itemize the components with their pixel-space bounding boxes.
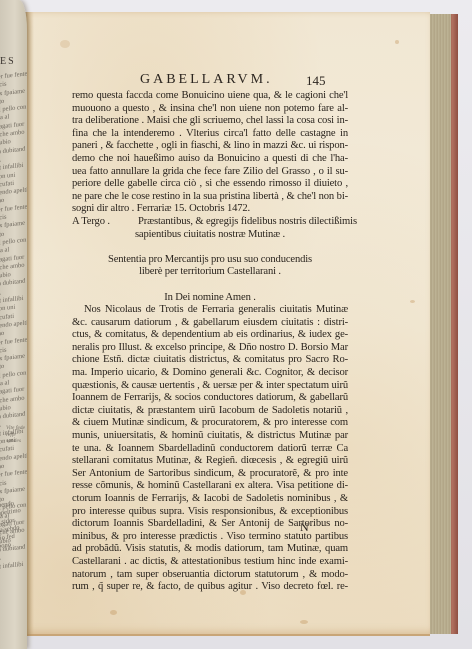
address-line: sapientibus ciuitatis nostræ Mutinæ . bbox=[72, 229, 348, 242]
text-line: Ser Antonium de Sartoribus sindicum, & p… bbox=[72, 468, 348, 481]
book-photo: ES ter fue fentencis xx fpaiamento el pe… bbox=[0, 0, 472, 649]
left-margin-note: Vite fede reffe sandes bbox=[6, 425, 25, 445]
invocation: In Dei nomine Amen . bbox=[72, 292, 348, 305]
letter-paragraph: remo questa faccda come Bonuicino uiene … bbox=[72, 90, 348, 216]
text-line: & ciuem Mutinæ sindicum, & procuratorem,… bbox=[72, 417, 348, 430]
text-line: tra deliberatione . Maisi che gli scriue… bbox=[72, 115, 348, 128]
text-line: paneri , & facchette , ogli in fiaschi, … bbox=[72, 140, 348, 153]
text-line: uea fatto annullare la grida che fece fa… bbox=[72, 166, 348, 179]
section-title-line: Sententia pro Mercantijs pro usu suo con… bbox=[72, 254, 348, 267]
address-line: A Tergo .Præstantibus, & egregijs fideli… bbox=[72, 216, 348, 229]
sententia-paragraph: Nos Nicolaus de Trotis de Ferraria gener… bbox=[72, 304, 348, 594]
foxing-spot bbox=[410, 300, 415, 303]
section-title: Sententia pro Mercantijs pro usu suo con… bbox=[72, 254, 348, 279]
text-line: munis, uniuersitatis, & hominũ ciuitatis… bbox=[72, 430, 348, 443]
text-line: &c. causarum datiorum , & gabellarum eiu… bbox=[72, 317, 348, 330]
text-line: dictæ ciuitatis, & præstantem uirũ Iacob… bbox=[72, 405, 348, 418]
page-text-block: remo questa faccda come Bonuicino uiene … bbox=[72, 90, 348, 594]
page-number: 145 bbox=[306, 73, 326, 89]
text-line: Castellarani . ac dictis, & attestationi… bbox=[72, 556, 348, 569]
text-line: quæstionis, & causæ uertentis , & uersæ … bbox=[72, 380, 348, 393]
text-line: Ioannem de Ferrarijs, & socios conductor… bbox=[72, 392, 348, 405]
text-line: stellarani comitatus Mutinæ, & Regieñ. d… bbox=[72, 455, 348, 468]
text-line: ad probãdũ. Visis statutis, & modis dati… bbox=[72, 543, 348, 556]
text-line: resse cõmunis, & hominũ Castellarani ex … bbox=[72, 480, 348, 493]
text-line: neralis pro Illust. & excelso principe, … bbox=[72, 342, 348, 355]
foxing-spot bbox=[60, 40, 70, 48]
text-line: remo questa faccda come Bonuicino uiene … bbox=[72, 90, 348, 103]
text-line: periore delle gabelle circa ciò , si che… bbox=[72, 178, 348, 191]
left-facing-page: ES ter fue fentencis xx fpaiamento el pe… bbox=[0, 0, 27, 649]
text-line: pro interesse quibus supra. Visis respon… bbox=[72, 506, 348, 519]
section-title-line: liberè per territorium Castellarani . bbox=[72, 266, 348, 279]
running-head-title: GABELLARVM. bbox=[140, 72, 273, 88]
text-line: te una. & Ioannem Sbardelladinũ conducto… bbox=[72, 443, 348, 456]
foxing-spot bbox=[110, 610, 117, 615]
text-line: natorum , tam super obseruantia dictorum… bbox=[72, 569, 348, 582]
address-block: A Tergo .Præstantibus, & egregijs fideli… bbox=[72, 216, 348, 241]
text-line: Nos Nicolaus de Trotis de Ferraria gener… bbox=[72, 304, 348, 317]
text-line: chione Estñ. dictæ ciuitatis districtus,… bbox=[72, 354, 348, 367]
address-text: Præstantibus, & egregijs fidelibus nostr… bbox=[138, 216, 357, 227]
text-line: ctorum Ioannis de Ferrarijs, & Iacobi de… bbox=[72, 493, 348, 506]
text-line: demo che noi haueßimo auiso da Bonuicino… bbox=[72, 153, 348, 166]
text-line: rum , q̃ super re, & facto, de quibus ag… bbox=[72, 581, 348, 594]
foxing-spot bbox=[395, 40, 399, 44]
text-line: ctus, & comitatus, & dependentium ab eis… bbox=[72, 329, 348, 342]
address-label: A Tergo . bbox=[72, 216, 138, 229]
text-line: fina che la intenderemo . Vlterius circa… bbox=[72, 128, 348, 141]
left-page-heading: ES bbox=[0, 56, 16, 67]
page-block-edges bbox=[428, 14, 451, 634]
text-line: sogni dir altro . Ferrariæ 15. Octobris … bbox=[72, 203, 348, 216]
text-line: ne pare che le cose restino in la sua pr… bbox=[72, 191, 348, 204]
text-line: ma. Imperio uicario, & Domino generali &… bbox=[72, 367, 348, 380]
left-page-text-lower: nendo apeltimo i sidor la sebdo tio fed … bbox=[0, 498, 27, 552]
text-line: muouono a questo , & insina che'l non ui… bbox=[72, 103, 348, 116]
foxing-spot bbox=[300, 620, 308, 624]
left-page-text: ter fue fentencis xx fpaiamento el pello… bbox=[0, 70, 27, 571]
signature-mark: N bbox=[300, 520, 309, 535]
